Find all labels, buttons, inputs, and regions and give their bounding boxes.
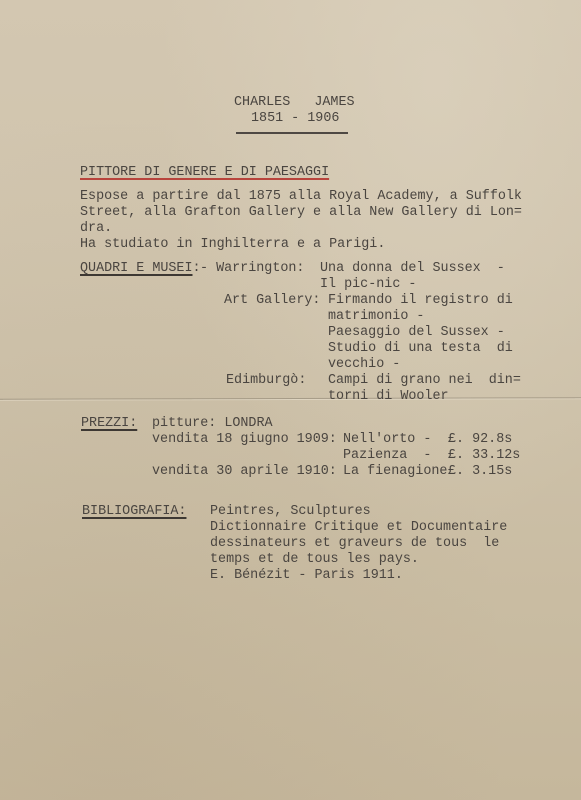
paper-fold-line [0,397,581,400]
sale-item-price: £. 92.8s [448,432,512,448]
sale-date: vendita 30 aprile 1910: [152,464,337,480]
bibliography-label: BIBLIOGRAFIA: [82,504,186,520]
artist-name: CHARLES JAMES [234,95,355,110]
sale-item-title: Nell'orto - [343,432,431,448]
sale-item-title: La fienagione [343,464,447,480]
sale-item-title: Pazienza - [343,448,431,464]
museums-label-row: QUADRI E MUSEI: [80,261,201,277]
museum-work: matrimonio - [328,309,424,325]
museum-work: vecchio - [328,357,400,373]
museums-label: QUADRI E MUSEI [80,261,193,276]
intro-line: dra. [80,221,112,237]
section-heading: PITTORE DI GENERE E DI PAESAGGI [80,165,329,181]
museum-work: Campi di grano nei din= [328,373,521,389]
bibliography-line: Peintres, Sculptures [210,504,371,520]
intro-line: Ha studiato in Inghilterra e a Parigi. [80,237,385,253]
sale-date: vendita 18 giugno 1909: [152,432,337,448]
bibliography-line: Dictionnaire Critique et Documentaire [210,520,507,536]
museum-location: Edimburgò: [226,373,306,389]
museum-location: - Warrington: [200,261,304,277]
sale-item-price: £. 3.15s [448,464,512,480]
prices-intro: pitture: LONDRA [152,416,273,432]
title-underline [236,132,348,134]
intro-line: Espose a partire dal 1875 alla Royal Aca… [80,189,522,205]
museum-work: Una donna del Sussex - [320,261,505,277]
artist-dates: 1851 - 1906 [251,111,339,126]
museum-work: Studio di una testa di [328,341,513,357]
bibliography-line: E. Bénézit - Paris 1911. [210,568,403,584]
intro-line: Street, alla Grafton Gallery e alla New … [80,205,522,221]
museum-work: torni di Wooler [328,389,449,405]
bibliography-line: temps et de tous les pays. [210,552,419,568]
museum-location: Art Gallery: [224,293,320,309]
museum-work: Il pic-nic - [320,277,416,293]
bibliography-line: dessinateurs et graveurs de tous le [210,536,499,552]
museum-work: Paesaggio del Sussex - [328,325,505,341]
prices-label: PREZZI: [81,416,137,432]
museum-work: Firmando il registro di [328,293,513,309]
sale-item-price: £. 33.12s [448,448,520,464]
